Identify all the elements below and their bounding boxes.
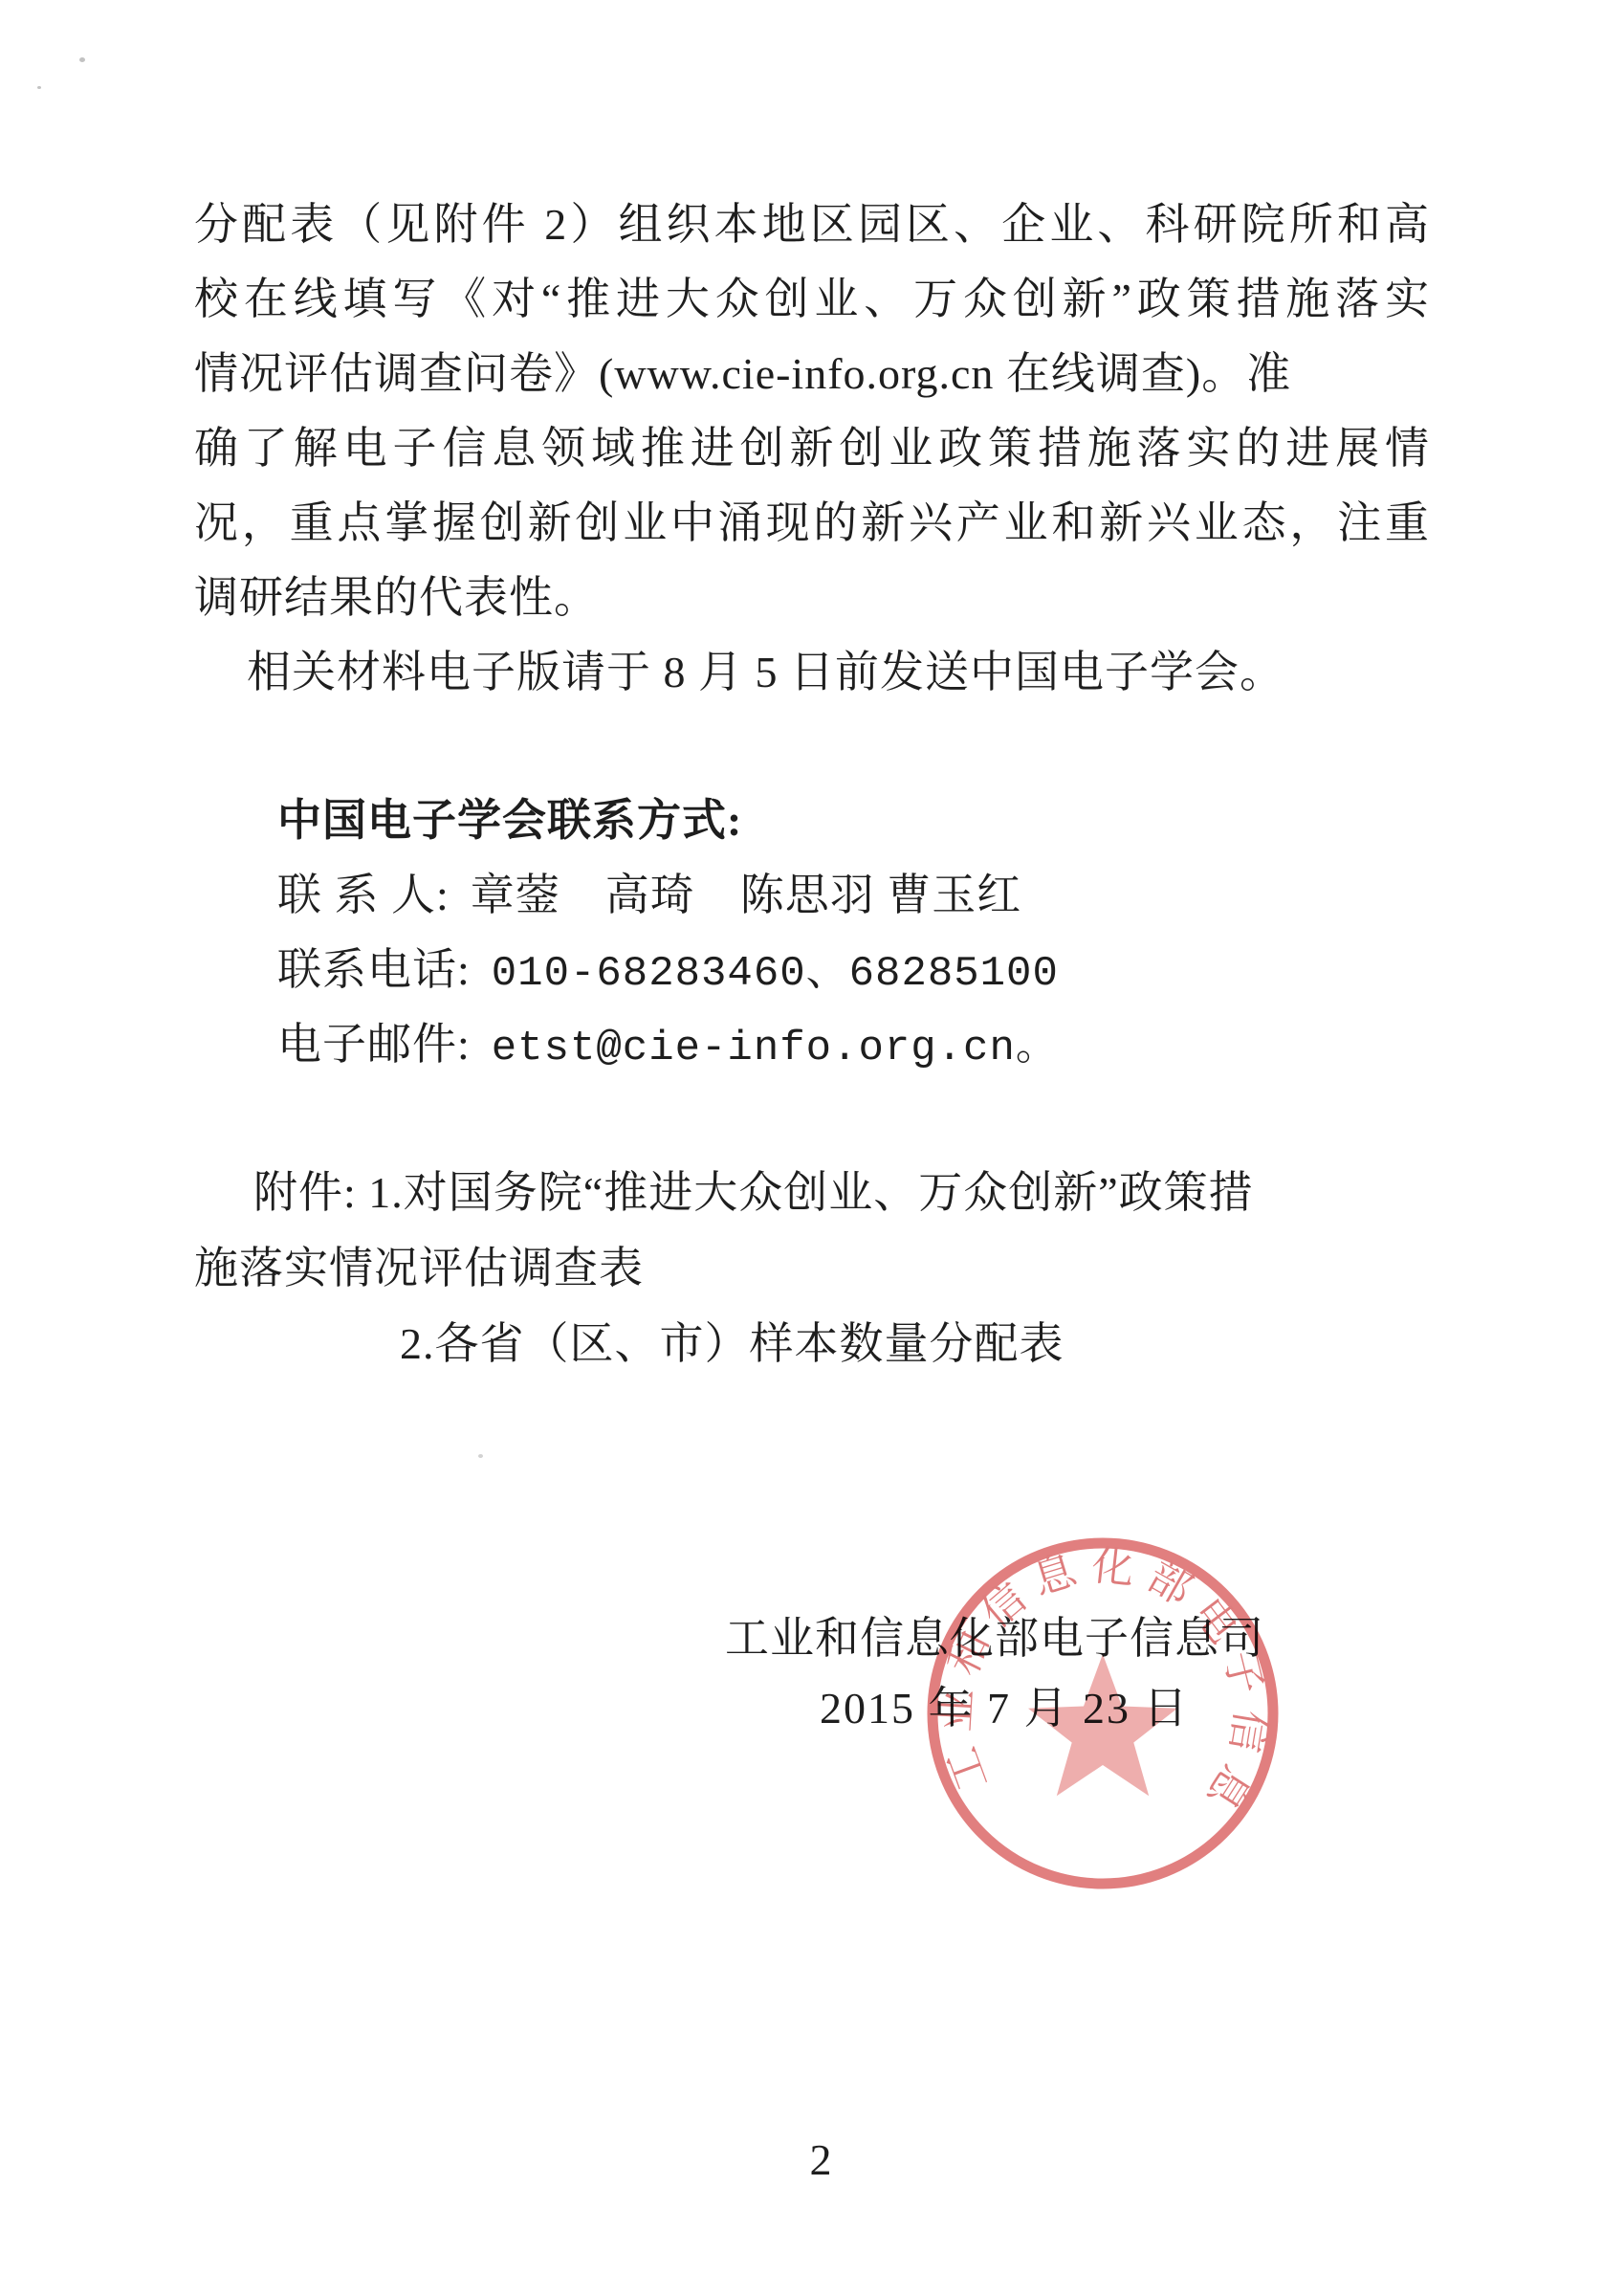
contact-email-line: 电子邮件:etst@cie-info.org.cn。: [277, 1007, 1435, 1082]
body-paragraph: 分配表（见附件 2）组织本地区园区、企业、科研院所和高 校在线填写《对“推进大众…: [194, 188, 1430, 710]
contact-email-value: etst@cie-info.org.cn。: [492, 1025, 1059, 1072]
svg-text:工业和信息化部电子信息司: 工业和信息化部电子信息司: [914, 1525, 1274, 1827]
contact-email-label: 电子邮件:: [277, 1020, 471, 1069]
contact-phone-value: 010-68283460、68285100: [492, 950, 1059, 998]
attachment-item-1: 附件: 1.对国务院“推进大众创业、万众创新”政策措: [194, 1155, 1466, 1230]
body-line: 况，重点掌握创新创业中涌现的新兴产业和新兴业态，注重: [194, 486, 1430, 561]
official-seal: 工业和信息化部电子信息司: [914, 1525, 1291, 1902]
body-line-url: 情况评估调查问卷》(www.cie-info.org.cn 在线调查)。准: [194, 337, 1430, 411]
body-line: 确了解电子信息领域推进创新创业政策措施落实的进展情: [194, 411, 1430, 486]
scan-speck: [79, 57, 85, 62]
contact-person-line: 联 系 人:章蓥 高琦 陈思羽 曹玉红: [277, 858, 1435, 933]
body-line: 调研结果的代表性。: [194, 561, 1430, 635]
attachments-block: 附件: 1.对国务院“推进大众创业、万众创新”政策措 施落实情况评估调查表 2.…: [194, 1155, 1466, 1381]
attachment-item-1-wrap: 施落实情况评估调查表: [194, 1230, 1466, 1306]
scan-speck: [37, 86, 41, 89]
body-line-deadline: 相关材料电子版请于 8 月 5 日前发送中国电子学会。: [194, 635, 1430, 710]
body-line: 分配表（见附件 2）组织本地区园区、企业、科研院所和高: [194, 188, 1430, 262]
scanned-document-page: 分配表（见附件 2）组织本地区园区、企业、科研院所和高 校在线填写《对“推进大众…: [0, 0, 1624, 2296]
page-number: 2: [792, 2131, 849, 2189]
attachment-item-2: 2.各省（区、市）样本数量分配表: [194, 1306, 1466, 1381]
contact-phone-label: 联系电话:: [277, 945, 471, 994]
body-line: 校在线填写《对“推进大众创业、万众创新”政策措施落实: [194, 262, 1430, 337]
contact-block: 中国电子学会联系方式: 联 系 人:章蓥 高琦 陈思羽 曹玉红 联系电话:010…: [277, 784, 1435, 1082]
contact-heading: 中国电子学会联系方式:: [277, 784, 1435, 858]
contact-phone-line: 联系电话:010-68283460、68285100: [277, 933, 1435, 1007]
seal-arc-text: 工业和信息化部电子信息司: [914, 1525, 1274, 1827]
scan-speck: [478, 1454, 483, 1458]
contact-person-value: 章蓥 高琦 陈思羽 曹玉红: [471, 871, 1022, 919]
seal-star-icon: [1028, 1654, 1177, 1796]
contact-person-label: 联 系 人:: [277, 871, 450, 919]
